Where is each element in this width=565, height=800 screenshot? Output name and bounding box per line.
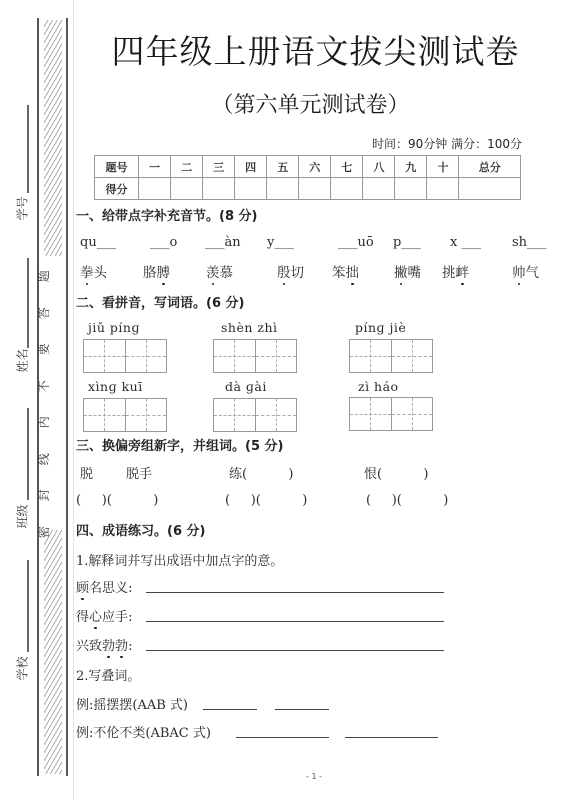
tianzige-grid[interactable] xyxy=(349,397,433,431)
score-cell[interactable] xyxy=(299,178,331,200)
page-subtitle: （第六单元测试卷） xyxy=(0,88,565,119)
grid-pinyin: dà ɡài xyxy=(225,379,267,394)
pinyin-blank[interactable]: y___ xyxy=(267,235,294,250)
radical-char: 脱 xyxy=(80,463,93,482)
tianzige-grid[interactable] xyxy=(213,339,297,373)
radical-blank[interactable]: ( )( ) xyxy=(366,493,448,508)
idiom-label: 顾名思义: xyxy=(76,577,132,596)
score-cell[interactable] xyxy=(267,178,299,200)
idiom-label: 得心应手: xyxy=(76,606,132,625)
grid-pinyin: zì háo xyxy=(358,379,399,394)
page-number: - 1 - xyxy=(0,772,565,781)
class-label: 班级 xyxy=(14,504,31,528)
score-cell[interactable] xyxy=(427,178,459,200)
grid-pinyin: xìnɡ kuī xyxy=(88,379,143,394)
dotted-word: 挑衅 xyxy=(442,261,469,281)
name-label: 姓名 xyxy=(14,348,31,372)
section1-heading: 一、给带点字补充音节。(8 分) xyxy=(76,205,257,224)
radical-blank[interactable]: 恨( ) xyxy=(364,463,428,482)
page-title: 四年级上册语文拔尖测试卷 xyxy=(0,26,565,73)
answer-line[interactable] xyxy=(146,621,444,622)
grid-pinyin: pínɡ jiè xyxy=(355,320,406,335)
score-table-header-row: 题号 一 二 三 四 五 六 七 八 九 十 总分 xyxy=(95,156,521,178)
pinyin-blank[interactable]: ___uō xyxy=(338,235,374,250)
school-label: 学校 xyxy=(14,656,31,680)
score-cell[interactable] xyxy=(235,178,267,200)
dotted-word: 帅气 xyxy=(512,261,539,281)
grid-pinyin: jiǔ pínɡ xyxy=(88,320,140,335)
score-cell[interactable] xyxy=(203,178,235,200)
pinyin-blank[interactable]: ___o xyxy=(150,235,177,250)
tianzige-grid[interactable] xyxy=(83,398,167,432)
answer-line[interactable] xyxy=(146,592,444,593)
radical-blank[interactable]: 练( ) xyxy=(229,463,293,482)
pinyin-blank[interactable]: p___ xyxy=(393,235,421,250)
score-cell[interactable] xyxy=(139,178,171,200)
score-table: 题号 一 二 三 四 五 六 七 八 九 十 总分 得分 xyxy=(94,155,521,200)
score-cell[interactable] xyxy=(395,178,427,200)
question-1: 1.解释词并写出成语中加点字的意。 xyxy=(76,550,283,569)
section4-heading: 四、成语练习。(6 分) xyxy=(76,520,205,539)
page-edge xyxy=(73,0,74,800)
grid-pinyin: shèn zhì xyxy=(221,320,278,335)
pinyin-blank[interactable]: qu___ xyxy=(80,235,116,250)
dotted-word: 撇嘴 xyxy=(394,261,421,281)
radical-blank[interactable]: ( )( ) xyxy=(76,493,158,508)
question-2: 2.写叠词。 xyxy=(76,665,140,684)
section3-heading: 三、换偏旁组新字，并组词。(5 分) xyxy=(76,435,283,454)
example-aab: 例:摇摆摆(AAB 式) xyxy=(76,694,188,713)
dotted-word: 拳头 xyxy=(80,261,107,281)
pinyin-blank[interactable]: sh___ xyxy=(512,235,547,250)
tianzige-grid[interactable] xyxy=(213,398,297,432)
dotted-word: 胳膊 xyxy=(143,261,170,281)
dotted-word: 笨拙 xyxy=(332,261,359,281)
dotted-word: 殷切 xyxy=(277,261,304,281)
score-table-score-row: 得分 xyxy=(95,178,521,200)
score-cell[interactable] xyxy=(331,178,363,200)
radical-blank[interactable]: ( )( ) xyxy=(225,493,307,508)
class-blank[interactable] xyxy=(27,408,29,500)
student-no-label: 学号 xyxy=(14,196,31,220)
answer-line[interactable] xyxy=(345,737,438,738)
binding-outer-line xyxy=(37,18,39,776)
idiom-label: 兴致勃勃: xyxy=(76,635,132,654)
answer-line[interactable] xyxy=(203,709,257,710)
score-cell[interactable] xyxy=(363,178,395,200)
section2-heading: 二、看拼音，写词语。(6 分) xyxy=(76,292,244,311)
exam-meta: 时间：90分钟 满分：100分 xyxy=(372,135,522,152)
pinyin-blank[interactable]: ___àn xyxy=(205,235,241,250)
tianzige-grid[interactable] xyxy=(83,339,167,373)
name-blank[interactable] xyxy=(27,258,29,348)
school-blank[interactable] xyxy=(27,560,29,652)
answer-line[interactable] xyxy=(146,650,444,651)
answer-line[interactable] xyxy=(236,737,329,738)
dotted-word: 羡慕 xyxy=(206,261,233,281)
score-cell[interactable] xyxy=(171,178,203,200)
binding-inner-line xyxy=(66,18,68,776)
pinyin-blank[interactable]: x ___ xyxy=(450,235,481,250)
binding-hatch-bottom xyxy=(44,530,62,774)
example-abac: 例:不伦不类(ABAC 式) xyxy=(76,722,211,741)
radical-example: 脱手 xyxy=(126,463,152,482)
tianzige-grid[interactable] xyxy=(349,339,433,373)
answer-line[interactable] xyxy=(275,709,329,710)
seal-line-text: 题 答 要 不 内 线 封 密 xyxy=(48,258,62,550)
score-cell[interactable] xyxy=(459,178,521,200)
